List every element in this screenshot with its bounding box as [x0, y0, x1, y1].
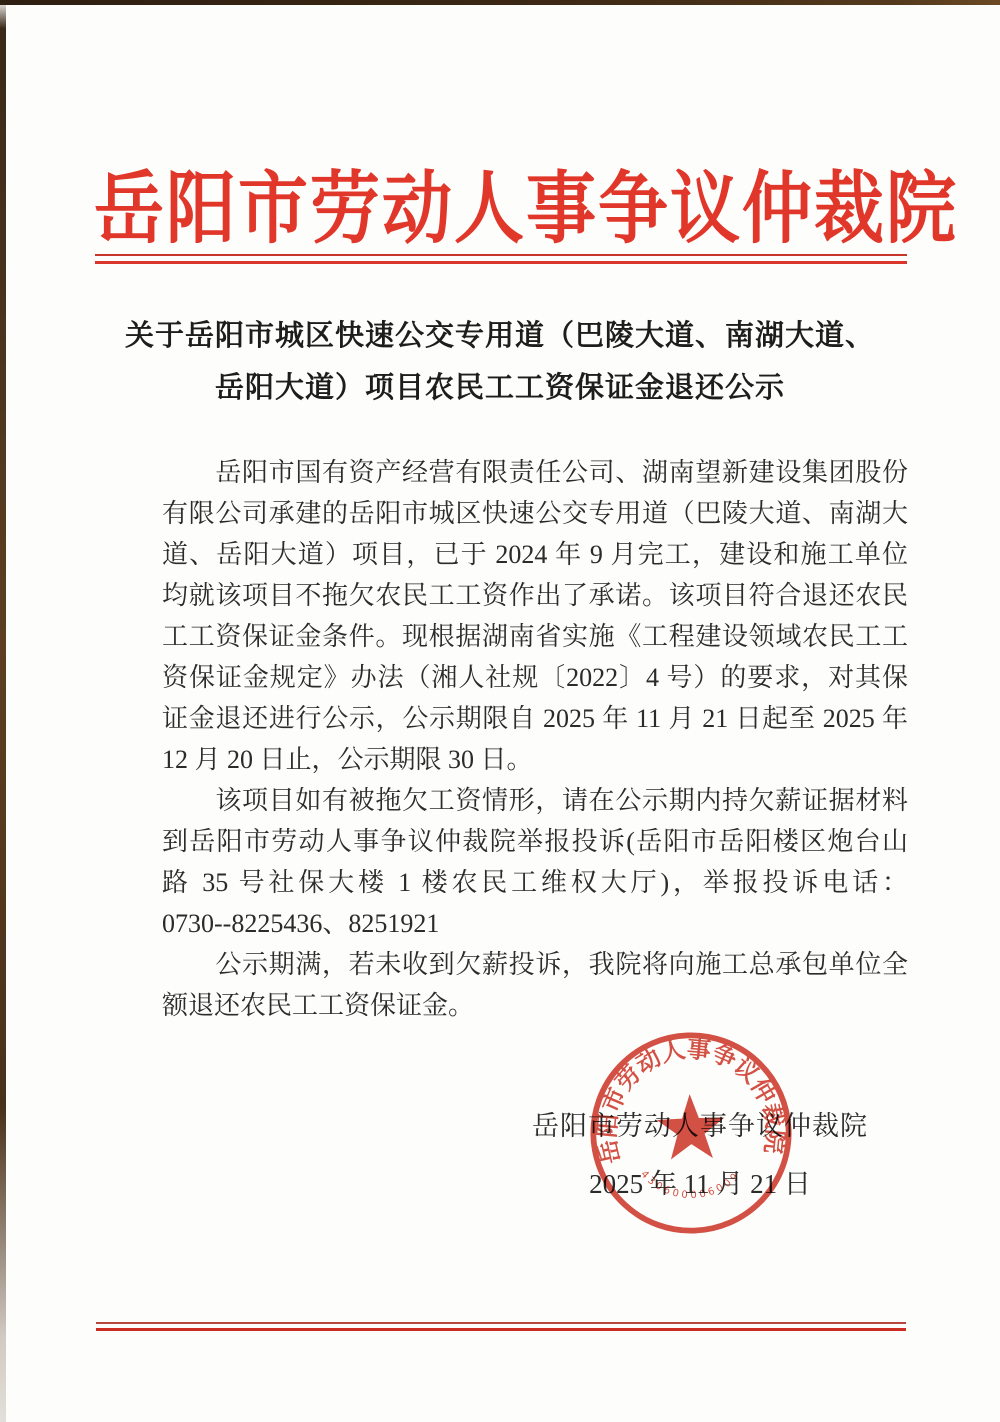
body-line: 12 月 20 日止，公示期限 30 日。 [162, 739, 908, 780]
document-title-line2: 岳阳大道）项目农民工工资保证金退还公示 [94, 362, 906, 414]
body-line: 岳阳市国有资产经营有限责任公司、湖南望新建设集团股份 [162, 452, 908, 493]
body-line: 到岳阳市劳动人事争议仲裁院举报投诉(岳阳市岳阳楼区炮台山 [162, 821, 908, 862]
body-line: 证金退还进行公示，公示期限自 2025 年 11 月 21 日起至 2025 年 [162, 698, 908, 739]
letterhead-rule [95, 254, 907, 264]
footer-rule [96, 1322, 906, 1331]
official-seal-stamp: 岳阳市劳动人事争议仲裁院 430600006009 [582, 1024, 799, 1241]
document-title: 关于岳阳市城区快速公交专用道（巴陵大道、南湖大道、 岳阳大道）项目农民工工资保证… [94, 310, 906, 414]
scan-left-edge [0, 0, 6, 1422]
stamp-star-icon [656, 1093, 726, 1160]
document-title-line1: 关于岳阳市城区快速公交专用道（巴陵大道、南湖大道、 [94, 310, 906, 362]
body-line: 路 35 号社保大楼 1 楼农民工维权大厅)，举报投诉电话： [162, 862, 908, 903]
body-line: 均就该项目不拖欠农民工工资作出了承诺。该项目符合退还农民 [162, 575, 908, 616]
stamp-serial-number: 430600006009 [638, 1166, 744, 1204]
body-line: 公示期满，若未收到欠薪投诉，我院将向施工总承包单位全 [162, 944, 908, 985]
svg-text:430600006009: 430600006009 [638, 1166, 744, 1204]
body-text: 岳阳市国有资产经营有限责任公司、湖南望新建设集团股份有限公司承建的岳阳市城区快速… [162, 452, 908, 1026]
scan-top-edge [0, 0, 1000, 5]
body-line: 有限公司承建的岳阳市城区快速公交专用道（巴陵大道、南湖大 [162, 493, 908, 534]
letterhead-title: 岳阳市劳动人事争议仲裁院 [94, 146, 906, 259]
body-line: 道、岳阳大道）项目，已于 2024 年 9 月完工，建设和施工单位 [162, 534, 908, 575]
body-line: 资保证金规定》办法（湘人社规〔2022〕4 号）的要求，对其保 [162, 657, 908, 698]
body-line: 0730--8225436、8251921 [162, 903, 908, 944]
body-line: 工工资保证金条件。现根据湖南省实施《工程建设领域农民工工 [162, 616, 908, 657]
body-line: 额退还农民工工资保证金。 [162, 985, 908, 1026]
scanned-document-page: 岳阳市劳动人事争议仲裁院 关于岳阳市城区快速公交专用道（巴陵大道、南湖大道、 岳… [0, 0, 1000, 1422]
body-line: 该项目如有被拖欠工资情形，请在公示期内持欠薪证据材料 [162, 780, 908, 821]
